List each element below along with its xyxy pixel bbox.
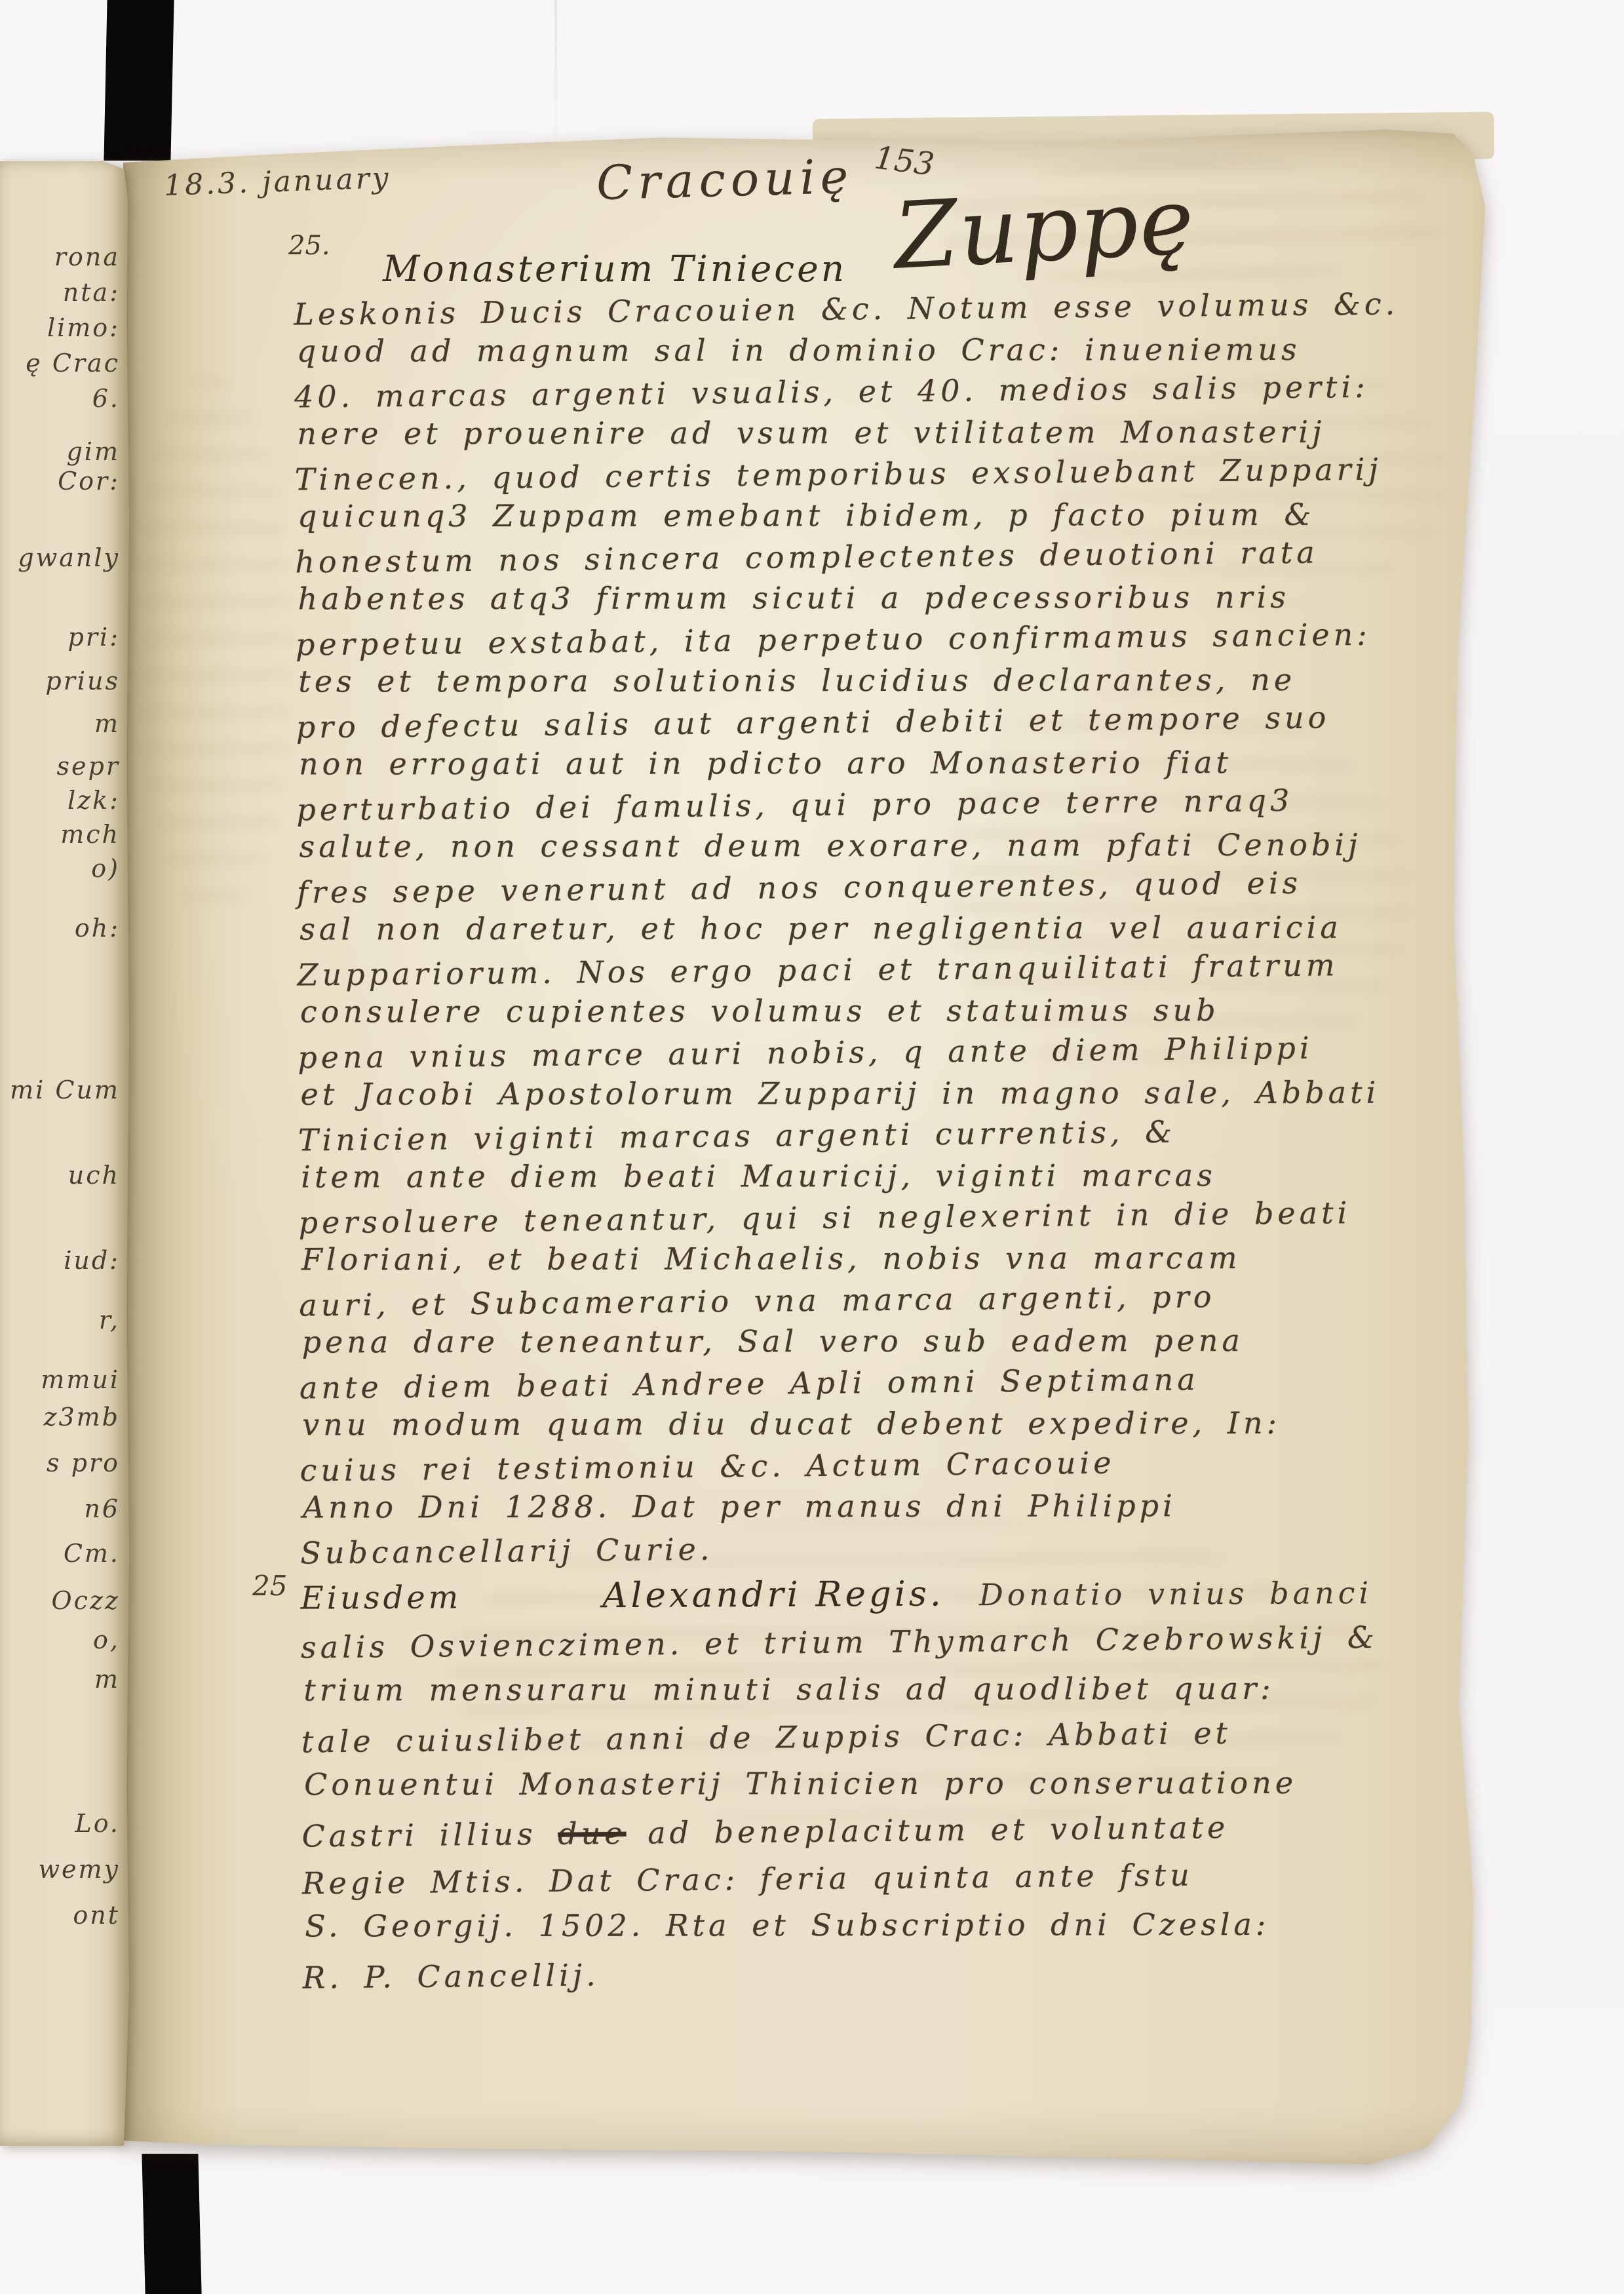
manuscript-line: R. P. Cancellij.: [302, 1943, 1469, 2001]
manuscript-line: Anno Dni 1288. Dat per manus dni Philipp…: [303, 1485, 1469, 1528]
manuscript-line: Conuentui Monasterij Thinicien pro conse…: [304, 1759, 1471, 1808]
flourish-word: Zuppę: [891, 168, 1197, 290]
manuscript-line: et Jacobi Apostolorum Zupparij in magno …: [301, 1072, 1467, 1115]
previous-page-text-fragment: lzk:: [0, 786, 120, 815]
manuscript-line: ante diem beati Andree Apli omni Septima…: [300, 1356, 1467, 1409]
manuscript-line: salute, non cessant deum exorare, nam pf…: [300, 824, 1466, 867]
previous-page-wrapper: ronanta:limo:ę Crac6.gimCor:gwanlypri:pr…: [0, 0, 129, 1985]
manuscript-line: Tinicien viginti marcas argenti currenti…: [298, 1108, 1465, 1161]
main-page-wrapper: 18.3. january 25. Cracouię 153 Monasteri…: [0, 0, 1370, 2048]
previous-page-text-fragment: oh:: [0, 914, 120, 943]
previous-page-text-fragment: rona: [0, 243, 120, 271]
previous-page-text-fragment: mch: [0, 820, 120, 849]
entry1-body: Leskonis Ducis Cracouien &c. Notum esse …: [294, 285, 1467, 1571]
previous-page-text-fragment: z3mb: [0, 1403, 120, 1431]
entry2-body: Eiusdem Alexandri Regis. Donatio vnius b…: [300, 1568, 1469, 1998]
entry2-label: Eiusdem: [300, 1579, 461, 1616]
margin-date: 18.3. january: [163, 161, 391, 203]
previous-page-text-fragment: prius: [0, 667, 120, 695]
strike-before: Castri illius: [301, 1816, 537, 1854]
previous-page-text-fragment: gim: [0, 437, 120, 466]
entry1-heading: Monasterium Tiniecen: [383, 248, 847, 290]
manuscript-line: consulere cupientes volumus et statuimus…: [300, 989, 1467, 1032]
previous-page-text-fragment: ę Crac: [0, 349, 120, 378]
previous-page-text-fragment: limo:: [0, 313, 120, 342]
manuscript-line: auri, et Subcamerario vna marca argenti,…: [299, 1273, 1466, 1326]
struck-word: due: [558, 1816, 627, 1852]
previous-page-text-fragment: Cm.: [0, 1539, 120, 1568]
previous-page-text-fragment: mi Cum: [0, 1076, 120, 1104]
strike-after: ad beneplacitum et voluntate: [648, 1810, 1229, 1851]
manuscript-line: pro defectu salis aut argenti debiti et …: [296, 695, 1463, 748]
manuscript-scan: 18.3. january 25. Cracouię 153 Monasteri…: [0, 0, 1624, 2294]
previous-page-text-fragment: o): [0, 854, 120, 883]
manuscript-line: cuius rei testimoniu &c. Actum Cracouie: [300, 1439, 1467, 1491]
previous-page-text-fragment: Cor:: [0, 467, 120, 496]
previous-page-text-fragment: nta:: [0, 278, 120, 307]
manuscript-line: S. Georgij. 1502. Rta et Subscriptio dni…: [305, 1900, 1471, 1949]
previous-page-text-fragment: Lo.: [0, 1809, 120, 1838]
manuscript-line: Leskonis Ducis Cracouien &c. Notum esse …: [294, 282, 1461, 335]
manuscript-line: persoluere teneantur, qui si neglexerint…: [298, 1191, 1465, 1243]
previous-page-text-fragment: ont: [0, 1901, 120, 1930]
manuscript-line: habentes atq3 firmum sicuti a pdecessori…: [298, 576, 1465, 619]
manuscript-line: trium mensuraru minuti salis ad quodlibe…: [303, 1664, 1470, 1713]
previous-page-text-fragment: sepr: [0, 752, 120, 781]
text-column: Leskonis Ducis Cracouien &c. Notum esse …: [294, 285, 1469, 1998]
previous-page-text-fragment: mmui: [0, 1365, 120, 1394]
margin-entry-number-2: 25: [252, 1570, 287, 1602]
manuscript-line: sal non daretur, et hoc per negligentia …: [300, 906, 1466, 950]
entry2-heading-line: Eiusdem Alexandri Regis. Donatio vnius b…: [300, 1568, 1467, 1621]
manuscript-line: fres sepe venerunt ad nos conquerentes, …: [297, 861, 1464, 913]
manuscript-line: perpetuu exstabat, ita perpetuo confirma…: [296, 613, 1463, 665]
previous-page-text-fragment: uch: [0, 1161, 120, 1190]
manuscript-line: Subcancellarij Curie.: [300, 1521, 1467, 1574]
previous-page-text-fragment: s pro: [0, 1448, 120, 1477]
manuscript-line: non errogati aut in pdicto aro Monasteri…: [299, 741, 1465, 785]
manuscript-line: Floriani, et beati Michaelis, nobis vna …: [301, 1237, 1468, 1280]
previous-page-text-fragment: m: [0, 709, 120, 738]
manuscript-line: honestum nos sincera complectentes deuot…: [295, 530, 1462, 583]
manuscript-line: quod ad magnum sal in dominio Crac: inue…: [297, 328, 1463, 372]
entry2-lines-before-strike: salis Osvienczimen. et trium Thymarch Cz…: [301, 1615, 1468, 1810]
entry2-title-rest: Donatio vnius banci: [979, 1575, 1373, 1612]
manuscript-line: pena vnius marce auri nobis, q ante diem…: [298, 1026, 1465, 1078]
manuscript-line: Tinecen., quod certis temporibus exsolue…: [294, 448, 1461, 500]
running-title: Cracouię: [596, 149, 854, 210]
previous-page-text-fragment: wemy: [0, 1855, 120, 1884]
manuscript-line: item ante diem beati Mauricij, viginti m…: [301, 1154, 1467, 1197]
previous-page-text-fragment: iud:: [0, 1246, 120, 1275]
ink-showthrough: [140, 378, 291, 915]
folio-number: 153: [872, 140, 937, 184]
manuscript-line: nere et prouenire ad vsum et vtilitatem …: [297, 411, 1463, 454]
previous-page-text-fragment: pri:: [0, 623, 120, 651]
manuscript-line: tes et tempora solutionis lucidius decla…: [298, 659, 1465, 702]
previous-page-text-fragment: r,: [0, 1306, 120, 1334]
manuscript-line: Zuppariorum. Nos ergo paci et tranquilit…: [297, 943, 1464, 996]
binding-strip-bottom: [142, 2154, 201, 2294]
manuscript-line: 40. marcas argenti vsualis, et 40. medio…: [294, 365, 1461, 418]
manuscript-page: 18.3. january 25. Cracouię 153 Monasteri…: [123, 128, 1493, 2176]
manuscript-line: perturbatio dei famulis, qui pro pace te…: [296, 778, 1463, 830]
entry2-title: Alexandri Regis.: [602, 1574, 944, 1616]
manuscript-line: tale cuiuslibet anni de Zuppis Crac: Abb…: [301, 1707, 1468, 1765]
manuscript-line: vnu modum quam diu ducat debent expedire…: [302, 1402, 1469, 1445]
previous-page-text-fragment: gwanly: [0, 543, 120, 572]
previous-page-text-fragment: Oczz: [0, 1586, 120, 1615]
manuscript-line: quicunq3 Zuppam emebant ibidem, p facto …: [298, 494, 1464, 537]
entry2-lines-after-strike: Regie Mtis. Dat Crac: feria quinta ante …: [302, 1851, 1469, 1998]
previous-page-text-fragment: n6: [0, 1494, 120, 1523]
margin-entry-number-1: 25.: [288, 231, 330, 261]
manuscript-line: pena dare teneantur, Sal vero sub eadem …: [302, 1319, 1469, 1363]
previous-page-text-fragment: m: [0, 1665, 120, 1694]
previous-page-text-fragment: 6.: [0, 384, 120, 413]
previous-page-edge: ronanta:limo:ę Crac6.gimCor:gwanlypri:pr…: [0, 161, 129, 2146]
manuscript-line: salis Osvienczimen. et trium Thymarch Cz…: [301, 1612, 1468, 1671]
previous-page-text-fragment: o,: [0, 1625, 120, 1654]
